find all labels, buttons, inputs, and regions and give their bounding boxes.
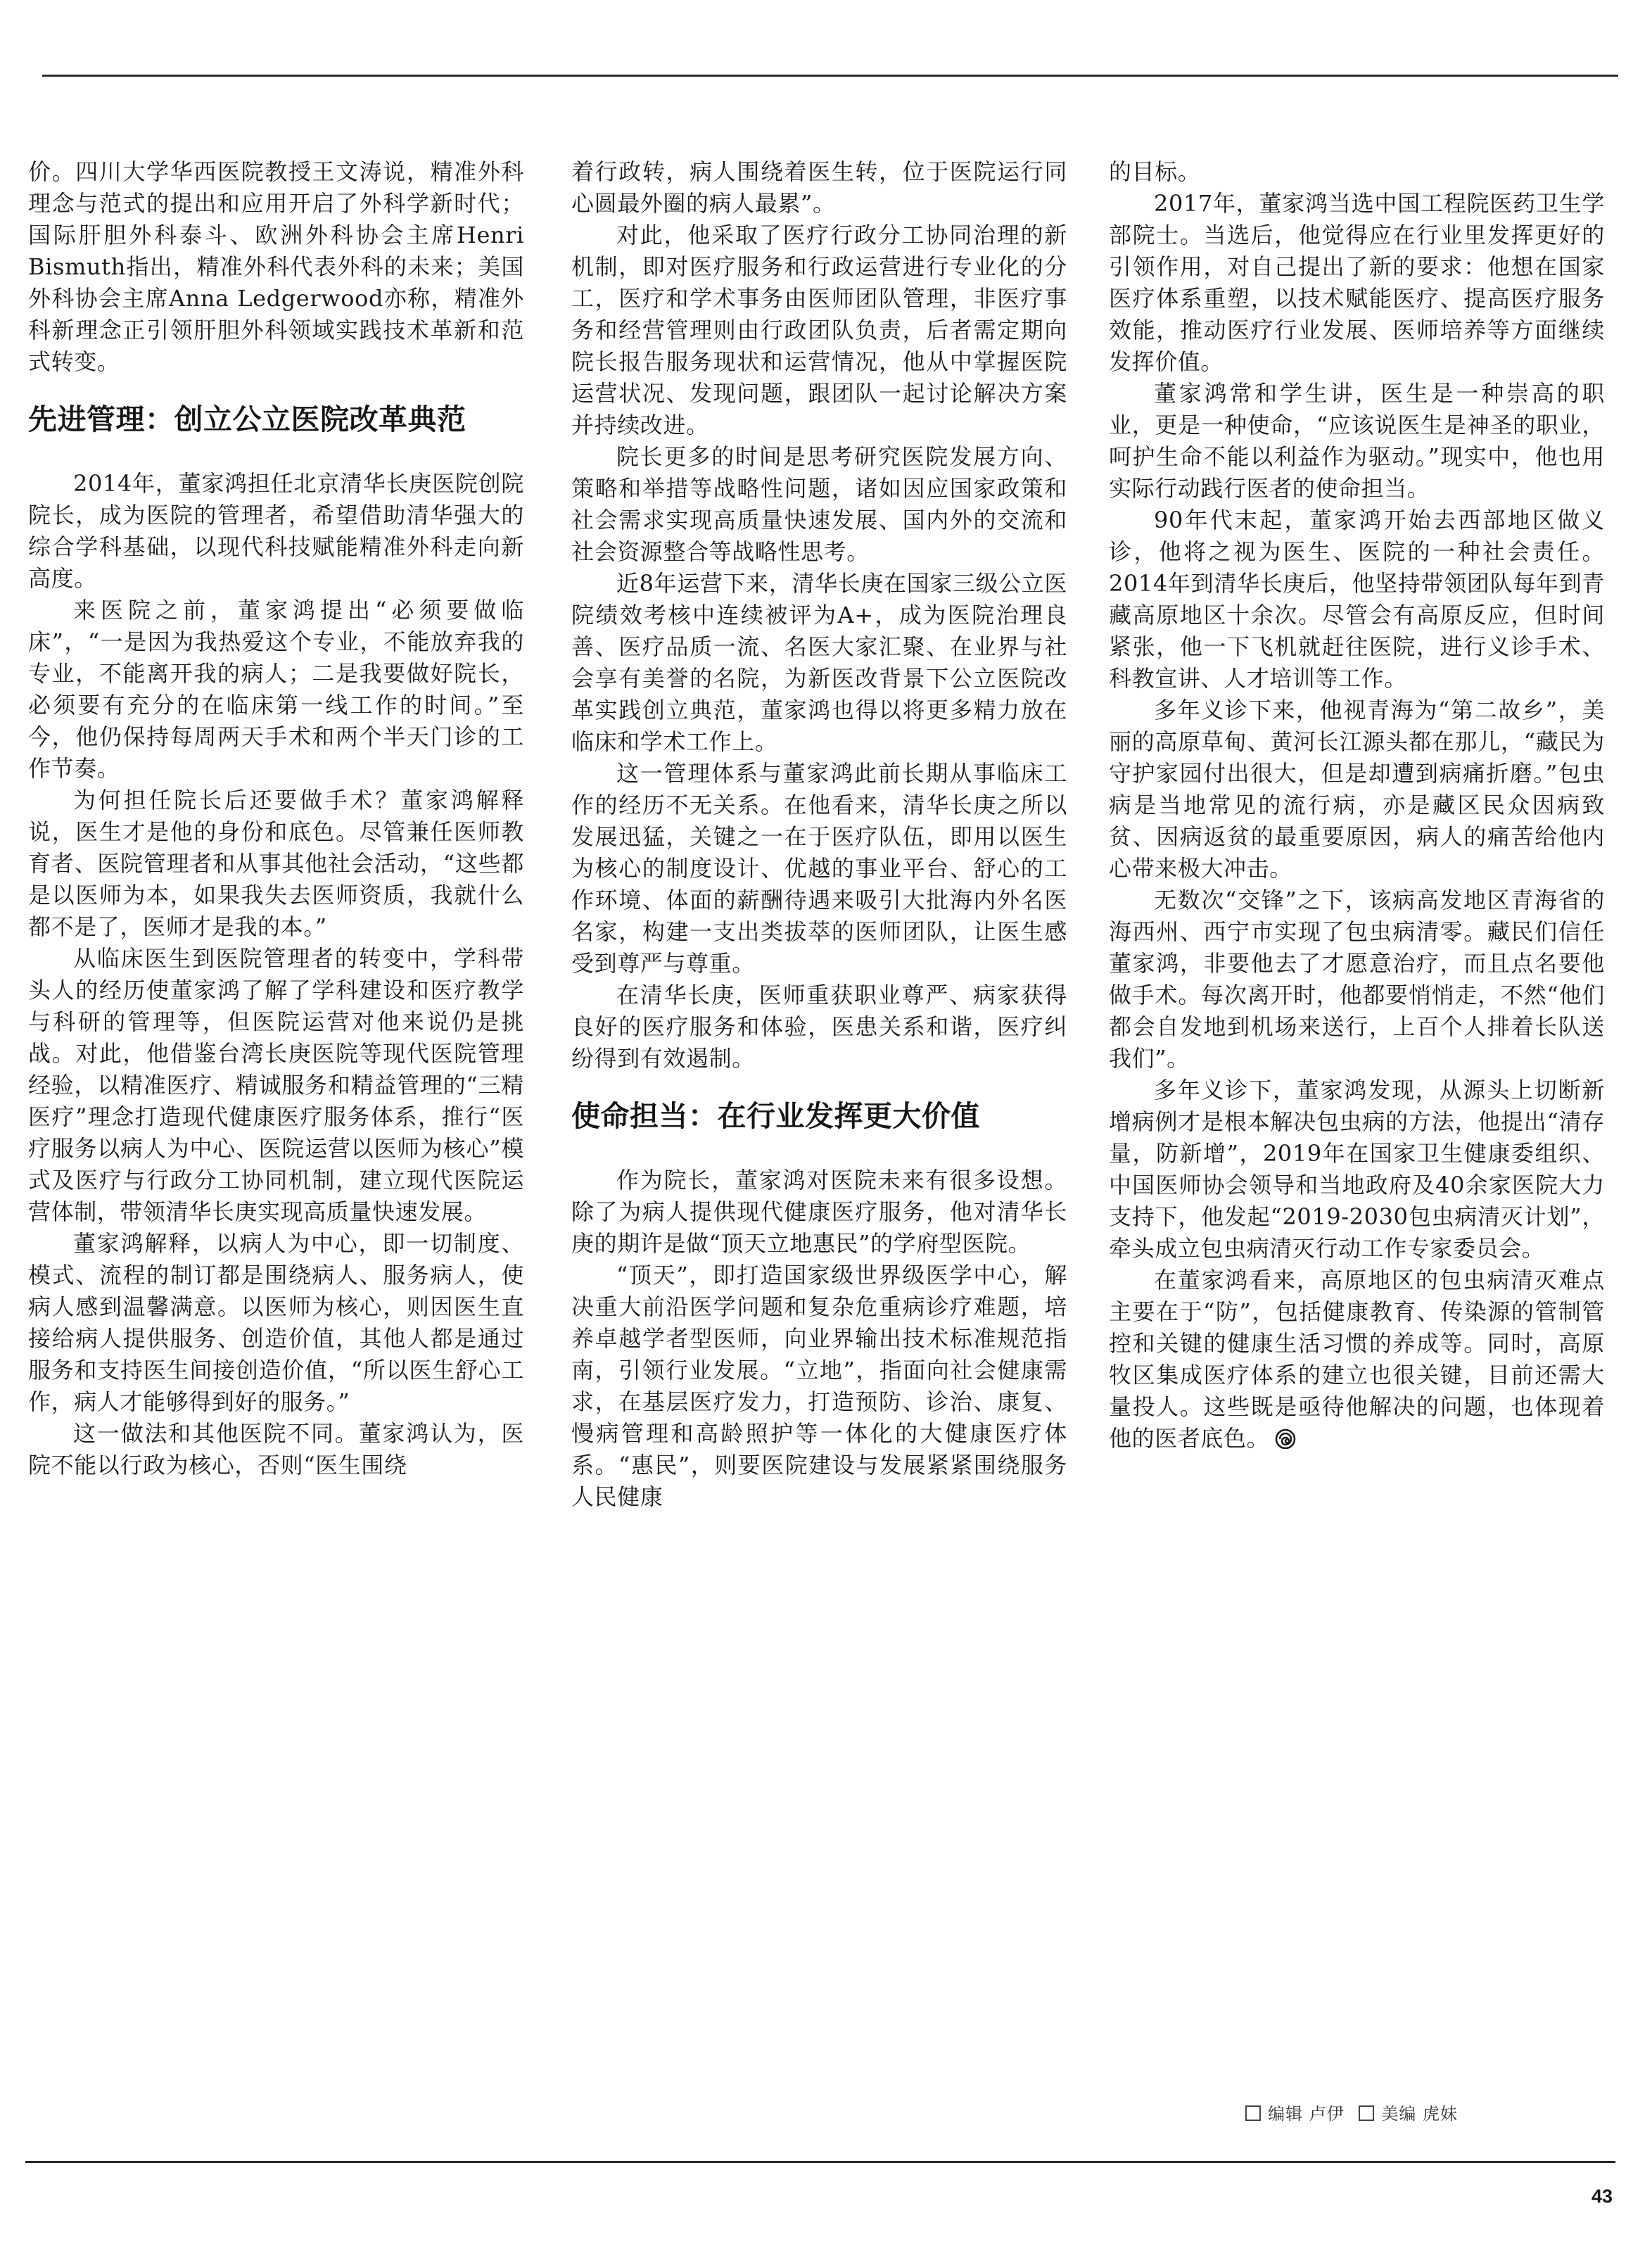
paragraph-text: 的目标。 bbox=[1109, 158, 1200, 185]
body-paragraph: 的目标。 bbox=[1109, 156, 1605, 188]
paragraph-text: 近8年运营下来，清华长庚在国家三级公立医院绩效考核中连续被评为A+，成为医院治理… bbox=[571, 570, 1067, 755]
paragraph-text: 院长更多的时间是思考研究医院发展方向、策略和举措等战略性问题，诸如因应国家政策和… bbox=[571, 443, 1067, 565]
body-paragraph: 来医院之前，董家鸿提出“必须要做临床”，“一是因为我热爱这个专业，不能放弃我的专… bbox=[28, 595, 524, 785]
section-heading-text: 先进管理：创立公立医院改革典范 bbox=[28, 403, 466, 436]
article-column-1: 价。四川大学华西医院教授王文涛说，精准外科理念与范式的提出和应用开启了外科学新时… bbox=[28, 156, 524, 1481]
body-paragraph: 着行政转，病人围绕着医生转，位于医院运行同心圆最外圈的病人最累”。 bbox=[571, 156, 1067, 220]
body-paragraph: 董家鸿常和学生讲，医生是一种崇高的职业，更是一种使命，“应该说医生是神圣的职业，… bbox=[1109, 378, 1605, 505]
paragraph-text: 在董家鸿看来，高原地区的包虫病清灭难点主要在于“防”，包括健康教育、传染源的管制… bbox=[1109, 1267, 1605, 1452]
editor-label: 编辑 bbox=[1268, 2104, 1303, 2124]
section-heading: 使命担当：在行业发挥更大价值 bbox=[571, 1098, 1067, 1134]
top-rule bbox=[42, 75, 1618, 77]
paragraph-text: 来医院之前，董家鸿提出“必须要做临床”，“一是因为我热爱这个专业，不能放弃我的专… bbox=[28, 597, 524, 782]
designer-name: 虎妹 bbox=[1423, 2104, 1458, 2124]
body-paragraph: 90年代末起，董家鸿开始去西部地区做义诊，他将之视为医生、医院的一种社会责任。2… bbox=[1109, 505, 1605, 695]
editor-name: 卢伊 bbox=[1309, 2104, 1345, 2124]
paragraph-text: 这一管理体系与董家鸿此前长期从事临床工作的经历不无关系。在他看来，清华长庚之所以… bbox=[571, 760, 1067, 977]
section-heading-text: 使命担当：在行业发挥更大价值 bbox=[571, 1099, 980, 1133]
paragraph-text: 在清华长庚，医师重获职业尊严、病家获得良好的医疗服务和体验，医患关系和谐，医疗纠… bbox=[571, 982, 1067, 1072]
body-paragraph: 从临床医生到医院管理者的转变中，学科带头人的经历使董家鸿了解了学科建设和医疗教学… bbox=[28, 943, 524, 1228]
paragraph-text: 着行政转，病人围绕着医生转，位于医院运行同心圆最外圈的病人最累”。 bbox=[571, 158, 1067, 217]
body-paragraph: 无数次“交锋”之下，该病高发地区青海省的海西州、西宁市实现了包虫病清零。藏民们信… bbox=[1109, 885, 1605, 1075]
paragraph-text: 董家鸿解释，以病人为中心，即一切制度、模式、流程的制订都是围绕病人、服务病人，使… bbox=[28, 1230, 524, 1415]
paragraph-text: “顶天”，即打造国家级世界级医学中心，解决重大前沿医学问题和复杂危重病诊疗难题，… bbox=[571, 1262, 1067, 1510]
square-bullet-icon bbox=[1245, 2105, 1261, 2121]
paragraph-text: 无数次“交锋”之下，该病高发地区青海省的海西州、西宁市实现了包虫病清零。藏民们信… bbox=[1109, 887, 1605, 1072]
body-paragraph: 多年义诊下，董家鸿发现，从源头上切断新增病例才是根本解决包虫病的方法，他提出“清… bbox=[1109, 1075, 1605, 1265]
square-bullet-icon bbox=[1359, 2105, 1374, 2121]
body-paragraph: 在清华长庚，医师重获职业尊严、病家获得良好的医疗服务和体验，医患关系和谐，医疗纠… bbox=[571, 980, 1067, 1075]
designer-label: 美编 bbox=[1381, 2104, 1416, 2124]
body-paragraph: 董家鸿解释，以病人为中心，即一切制度、模式、流程的制订都是围绕病人、服务病人，使… bbox=[28, 1228, 524, 1418]
paragraph-text: 这一做法和其他医院不同。董家鸿认为，医院不能以行政为核心，否则“医生围绕 bbox=[28, 1420, 524, 1478]
paragraph-text: 从临床医生到医院管理者的转变中，学科带头人的经历使董家鸿了解了学科建设和医疗教学… bbox=[28, 945, 524, 1225]
paragraph-text: 2017年，董家鸿当选中国工程院医药卫生学部院士。当选后，他觉得应在行业里发挥更… bbox=[1109, 190, 1605, 375]
paragraph-text: 多年义诊下来，他视青海为“第二故乡”，美丽的高原草甸、黄河长江源头都在那儿，“藏… bbox=[1109, 697, 1605, 882]
section-heading: 先进管理：创立公立医院改革典范 bbox=[28, 402, 524, 437]
paragraph-text: 董家鸿常和学生讲，医生是一种崇高的职业，更是一种使命，“应该说医生是神圣的职业，… bbox=[1109, 380, 1605, 502]
body-paragraph: “顶天”，即打造国家级世界级医学中心，解决重大前沿医学问题和复杂危重病诊疗难题，… bbox=[571, 1260, 1067, 1513]
body-paragraph: 多年义诊下来，他视青海为“第二故乡”，美丽的高原草甸、黄河长江源头都在那儿，“藏… bbox=[1109, 695, 1605, 885]
body-paragraph: 2014年，董家鸿担任北京清华长庚医院创院院长，成为医院的管理者，希望借助清华强… bbox=[28, 468, 524, 595]
paragraph-text: 多年义诊下，董家鸿发现，从源头上切断新增病例才是根本解决包虫病的方法，他提出“清… bbox=[1109, 1077, 1605, 1262]
body-paragraph: 2017年，董家鸿当选中国工程院医药卫生学部院士。当选后，他觉得应在行业里发挥更… bbox=[1109, 188, 1605, 378]
body-paragraph: 院长更多的时间是思考研究医院发展方向、策略和举措等战略性问题，诸如因应国家政策和… bbox=[571, 441, 1067, 568]
paragraph-text: 90年代末起，董家鸿开始去西部地区做义诊，他将之视为医生、医院的一种社会责任。2… bbox=[1109, 507, 1605, 692]
bottom-rule bbox=[25, 2161, 1615, 2163]
body-paragraph: 这一管理体系与董家鸿此前长期从事临床工作的经历不无关系。在他看来，清华长庚之所以… bbox=[571, 758, 1067, 980]
editorial-credits: 编辑 卢伊 美编 虎妹 bbox=[1237, 2100, 1458, 2124]
body-paragraph: 作为院长，董家鸿对医院未来有很多设想。除了为病人提供现代健康医疗服务，他对清华长… bbox=[571, 1165, 1067, 1260]
body-paragraph: 对此，他采取了医疗行政分工协同治理的新机制，即对医疗服务和行政运营进行专业化的分… bbox=[571, 220, 1067, 441]
article-column-2: 着行政转，病人围绕着医生转，位于医院运行同心圆最外圈的病人最累”。对此，他采取了… bbox=[571, 156, 1067, 1513]
body-paragraph: 为何担任院长后还要做手术？董家鸿解释说，医生才是他的身份和底色。尽管兼任医师教育… bbox=[28, 785, 524, 943]
spiral-end-mark-icon bbox=[1275, 1428, 1296, 1450]
article-column-3: 的目标。2017年，董家鸿当选中国工程院医药卫生学部院士。当选后，他觉得应在行业… bbox=[1109, 156, 1605, 1455]
paragraph-text: 2014年，董家鸿担任北京清华长庚医院创院院长，成为医院的管理者，希望借助清华强… bbox=[28, 470, 524, 592]
paragraph-text: 对此，他采取了医疗行政分工协同治理的新机制，即对医疗服务和行政运营进行专业化的分… bbox=[571, 222, 1067, 438]
page-number: 43 bbox=[1591, 2186, 1613, 2207]
paragraph-text: 价。四川大学华西医院教授王文涛说，精准外科理念与范式的提出和应用开启了外科学新时… bbox=[28, 158, 524, 375]
body-paragraph: 价。四川大学华西医院教授王文涛说，精准外科理念与范式的提出和应用开启了外科学新时… bbox=[28, 156, 524, 378]
paragraph-text: 为何担任院长后还要做手术？董家鸿解释说，医生才是他的身份和底色。尽管兼任医师教育… bbox=[28, 787, 524, 940]
paragraph-text: 作为院长，董家鸿对医院未来有很多设想。除了为病人提供现代健康医疗服务，他对清华长… bbox=[571, 1167, 1067, 1257]
body-paragraph: 近8年运营下来，清华长庚在国家三级公立医院绩效考核中连续被评为A+，成为医院治理… bbox=[571, 568, 1067, 758]
body-paragraph: 这一做法和其他医院不同。董家鸿认为，医院不能以行政为核心，否则“医生围绕 bbox=[28, 1418, 524, 1481]
body-paragraph: 在董家鸿看来，高原地区的包虫病清灭难点主要在于“防”，包括健康教育、传染源的管制… bbox=[1109, 1265, 1605, 1455]
